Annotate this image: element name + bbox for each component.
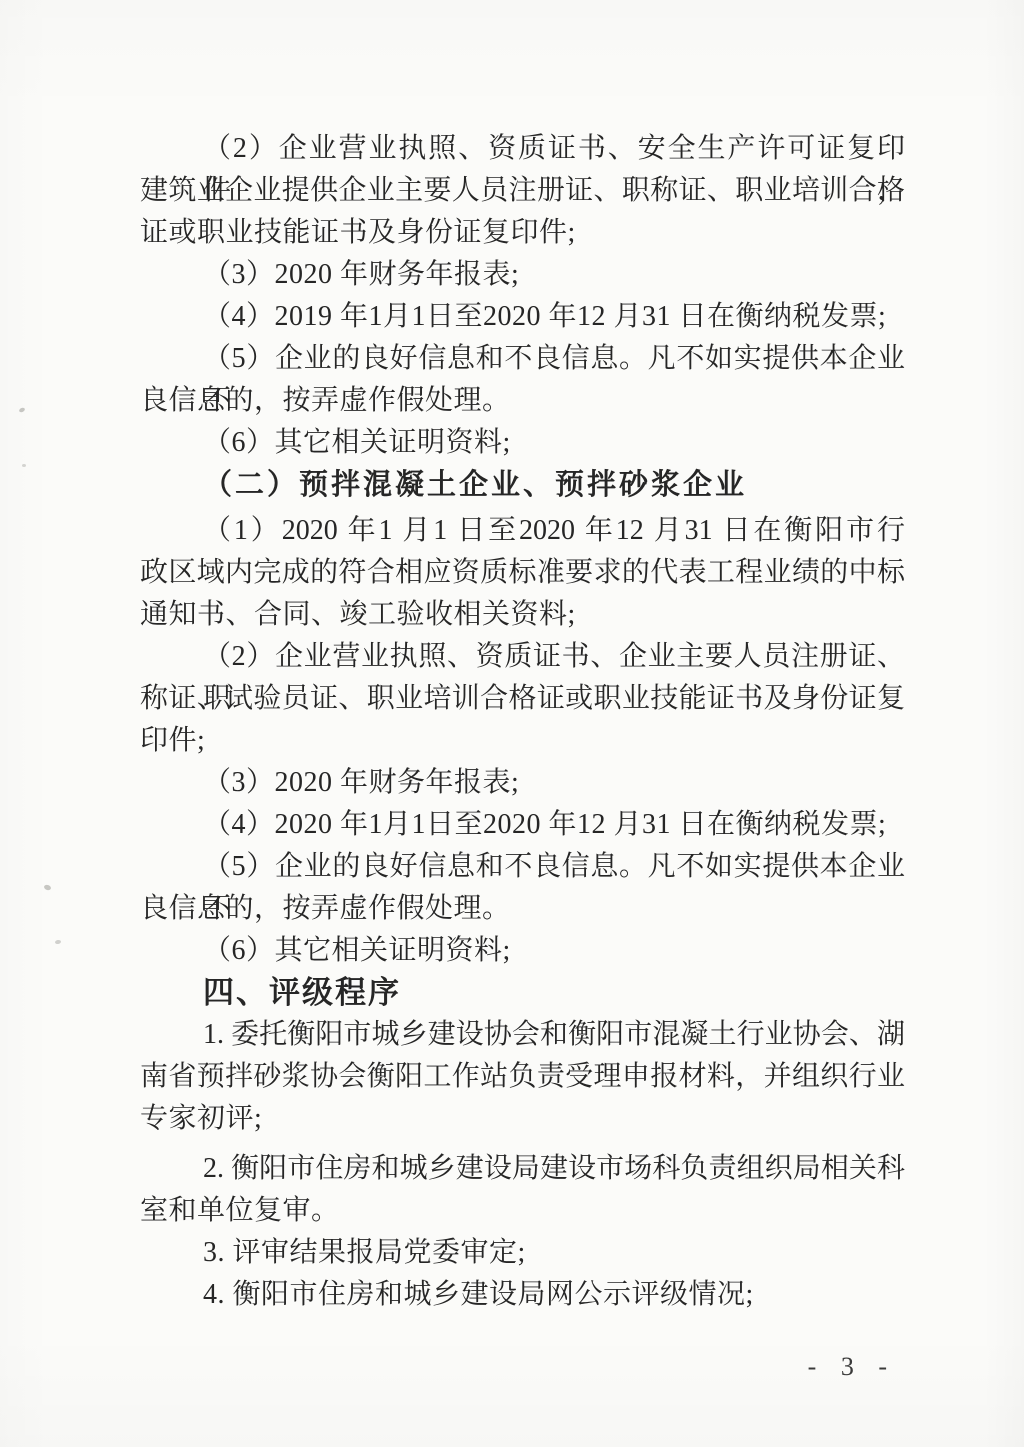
text-line: 良信息的，按弄虚作假处理。 bbox=[140, 888, 905, 930]
text-line: （4）2020 年1月1日至2020 年12 月31 日在衡纳税发票; bbox=[140, 804, 905, 846]
text-line: （6）其它相关证明资料; bbox=[140, 930, 905, 972]
page-number: - 3 - bbox=[808, 1352, 896, 1382]
text-line: 证或职业技能证书及身份证复印件; bbox=[140, 212, 905, 254]
text-line: 3. 评审结果报局党委审定; bbox=[140, 1232, 905, 1274]
text-line: （6）其它相关证明资料; bbox=[140, 422, 905, 464]
document-body: （2）企业营业执照、资质证书、安全生产许可证复印件， 建筑业企业提供企业主要人员… bbox=[140, 128, 905, 1316]
text-line: （2）企业营业执照、资质证书、企业主要人员注册证、职 bbox=[140, 636, 905, 678]
text-line: 2. 衡阳市住房和城乡建设局建设市场科负责组织局相关科 bbox=[140, 1148, 905, 1190]
text-line: 建筑业企业提供企业主要人员注册证、职称证、职业培训合格 bbox=[140, 170, 905, 212]
section-heading-premixed-concrete: （二）预拌混凝土企业、预拌砂浆企业 bbox=[140, 464, 905, 506]
text-line: 印件; bbox=[140, 720, 905, 762]
text-line: （5）企业的良好信息和不良信息。凡不如实提供本企业不 bbox=[140, 338, 905, 380]
text-line: （3）2020 年财务年报表; bbox=[140, 762, 905, 804]
text-line: 南省预拌砂浆协会衡阳工作站负责受理申报材料，并组织行业 bbox=[140, 1056, 905, 1098]
text-line: （2）企业营业执照、资质证书、安全生产许可证复印件， bbox=[140, 128, 905, 170]
text-line: 良信息的，按弄虚作假处理。 bbox=[140, 380, 905, 422]
text-line: （3）2020 年财务年报表; bbox=[140, 254, 905, 296]
scan-speck bbox=[22, 464, 26, 467]
section-heading-rating-procedure: 四、评级程序 bbox=[140, 972, 905, 1014]
text-line: 通知书、合同、竣工验收相关资料; bbox=[140, 594, 905, 636]
text-line: 室和单位复审。 bbox=[140, 1190, 905, 1232]
text-line: 称证、试验员证、职业培训合格证或职业技能证书及身份证复 bbox=[140, 678, 905, 720]
text-line: 专家初评; bbox=[140, 1098, 905, 1140]
text-line: （5）企业的良好信息和不良信息。凡不如实提供本企业不 bbox=[140, 846, 905, 888]
text-line: （4）2019 年1月1日至2020 年12 月31 日在衡纳税发票; bbox=[140, 296, 905, 338]
text-line: （1）2020 年1 月1 日至2020 年12 月31 日在衡阳市行 bbox=[140, 510, 905, 552]
text-line: 1. 委托衡阳市城乡建设协会和衡阳市混凝土行业协会、湖 bbox=[140, 1014, 905, 1056]
text-line: 政区域内完成的符合相应资质标准要求的代表工程业绩的中标 bbox=[140, 552, 905, 594]
text-line: 4. 衡阳市住房和城乡建设局网公示评级情况; bbox=[140, 1274, 905, 1316]
